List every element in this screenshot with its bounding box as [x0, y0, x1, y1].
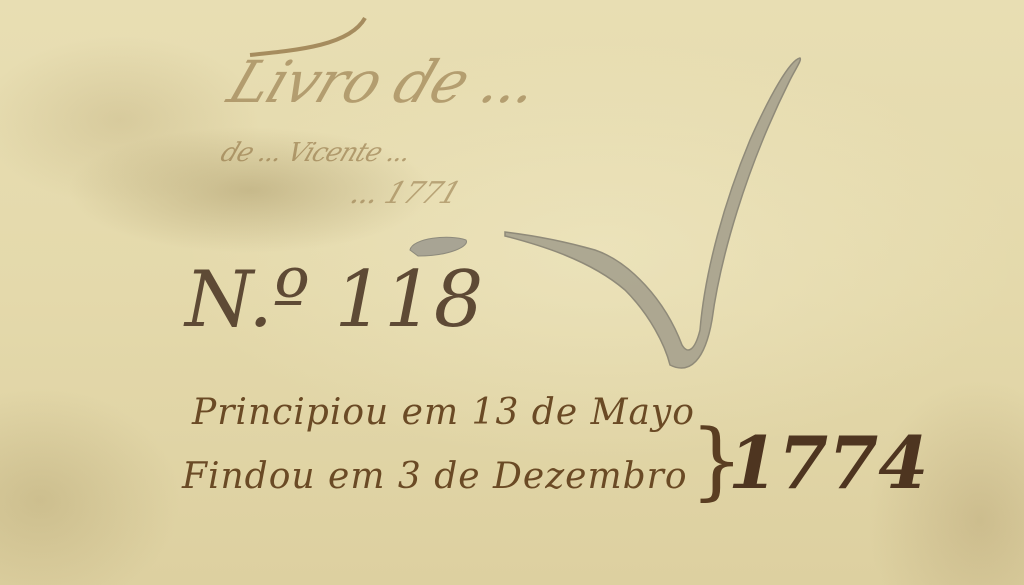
end-date-line: Findou em 3 de Dezembro — [182, 456, 688, 497]
parchment-cover: Livro de ... de ... Vicente ... ... 1771… — [0, 0, 1024, 585]
volume-number: N.º 118 — [185, 255, 483, 345]
start-date-line: Principiou em 13 de Mayo — [192, 392, 695, 433]
year: 1774 — [728, 420, 928, 505]
